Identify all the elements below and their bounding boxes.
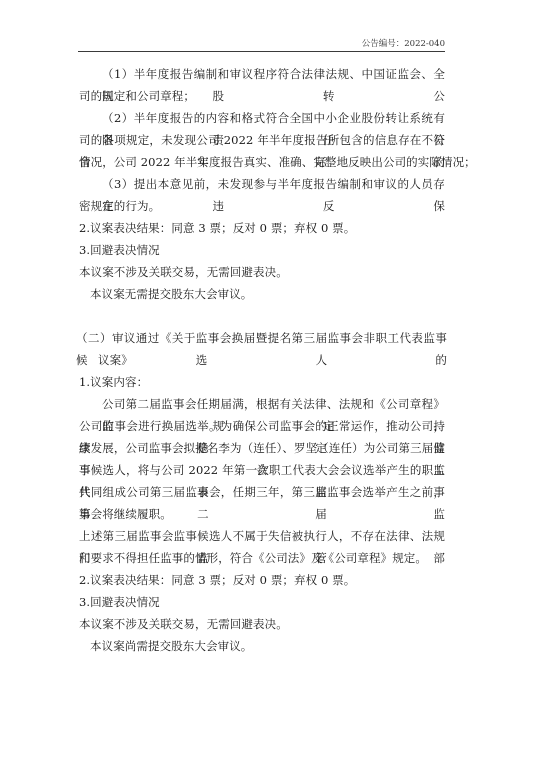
shareholder-note: 本议案尚需提交股东大会审议。 [79,635,445,657]
document-page: 公告编号：2022-040 （1）半年度报告编制和审议程序符合法律法规、中国证监… [0,0,545,771]
paragraph-line: （3）提出本意见前，未发现参与半年度报告编制和审议的人员存在违反保 [79,173,445,195]
paragraph-line: 公司第二届监事会任期届满，根据有关法律、法规和《公司章程》的规定， [79,393,445,415]
shareholder-note: 本议案无需提交股东大会审议。 [79,283,445,305]
paragraph-line: 情况，公司 2022 年半年度报告真实、准确、完整地反映出公司的实际情况； [79,151,445,173]
paragraph-line: （2）半年度报告的内容和格式符合全国中小企业股份转让系统有限责任公 [79,107,445,129]
vote-result: 2.议案表决结果：同意 3 票；反对 0 票；弃权 0 票。 [79,217,445,239]
section-title: （二）审议通过《关于监事会换届暨提名第三届监事会非职工代表监事候选人的 [76,327,447,349]
paragraph-line: 司的各项规定，未发现公司 2022 年半年度报告所包含的信息存在不符合实际的 [79,129,445,151]
opinion-2: （2）半年度报告的内容和格式符合全国中小企业股份转让系统有限责任公 司的各项规定… [79,107,445,173]
paragraph-line: （1）半年度报告编制和审议程序符合法律法规、中国证监会、全国股转公 [79,63,445,85]
motion-content: 公司第二届监事会任期届满，根据有关法律、法规和《公司章程》的规定， 公司监事会进… [79,393,445,525]
recusal-title: 3.回避表决情况 [79,591,445,613]
content-title: 1.议案内容： [79,371,445,393]
paragraph-line: 上述第三届监事会监事候选人不属于失信被执行人，不存在法律、法规和监管部 [79,525,445,547]
recusal-text: 本议案不涉及关联交易，无需回避表决。 [79,261,445,283]
recusal-text: 本议案不涉及关联交易，无需回避表决。 [79,613,445,635]
opinion-3: （3）提出本意见前，未发现参与半年度报告编制和审议的人员存在违反保 密规定的行为… [79,173,445,217]
paragraph-line: 门要求不得担任监事的情形，符合《公司法》及《公司章程》规定。 [79,547,445,569]
paragraph-line: 康发展，公司监事会拟提名李为（连任）、罗坚（连任）为公司第三届监事会监 [79,437,445,459]
eligibility-statement: 上述第三届监事会监事候选人不属于失信被执行人，不存在法律、法规和监管部 门要求不… [79,525,445,569]
opinion-1: （1）半年度报告编制和审议程序符合法律法规、中国证监会、全国股转公 司的规定和公… [79,63,445,107]
header-divider [78,51,445,52]
paragraph-line: 公司监事会进行换届选举。为确保公司监事会的正常运作，推动公司持续稳定健 [79,415,445,437]
section-spacer [79,305,445,327]
paragraph-line: 共同组成公司第三届监事会，任期三年，第三届监事会选举产生之前，第二届监 [79,481,445,503]
document-body: （1）半年度报告编制和审议程序符合法律法规、中国证监会、全国股转公 司的规定和公… [79,63,445,657]
vote-result: 2.议案表决结果：同意 3 票；反对 0 票；弃权 0 票。 [79,569,445,591]
recusal-title: 3.回避表决情况 [79,239,445,261]
paragraph-line: 事候选人，将与公司 2022 年第一次职工代表大会会议选举产生的职工代表监事 [79,459,445,481]
announcement-number: 公告编号：2022-040 [78,38,445,52]
